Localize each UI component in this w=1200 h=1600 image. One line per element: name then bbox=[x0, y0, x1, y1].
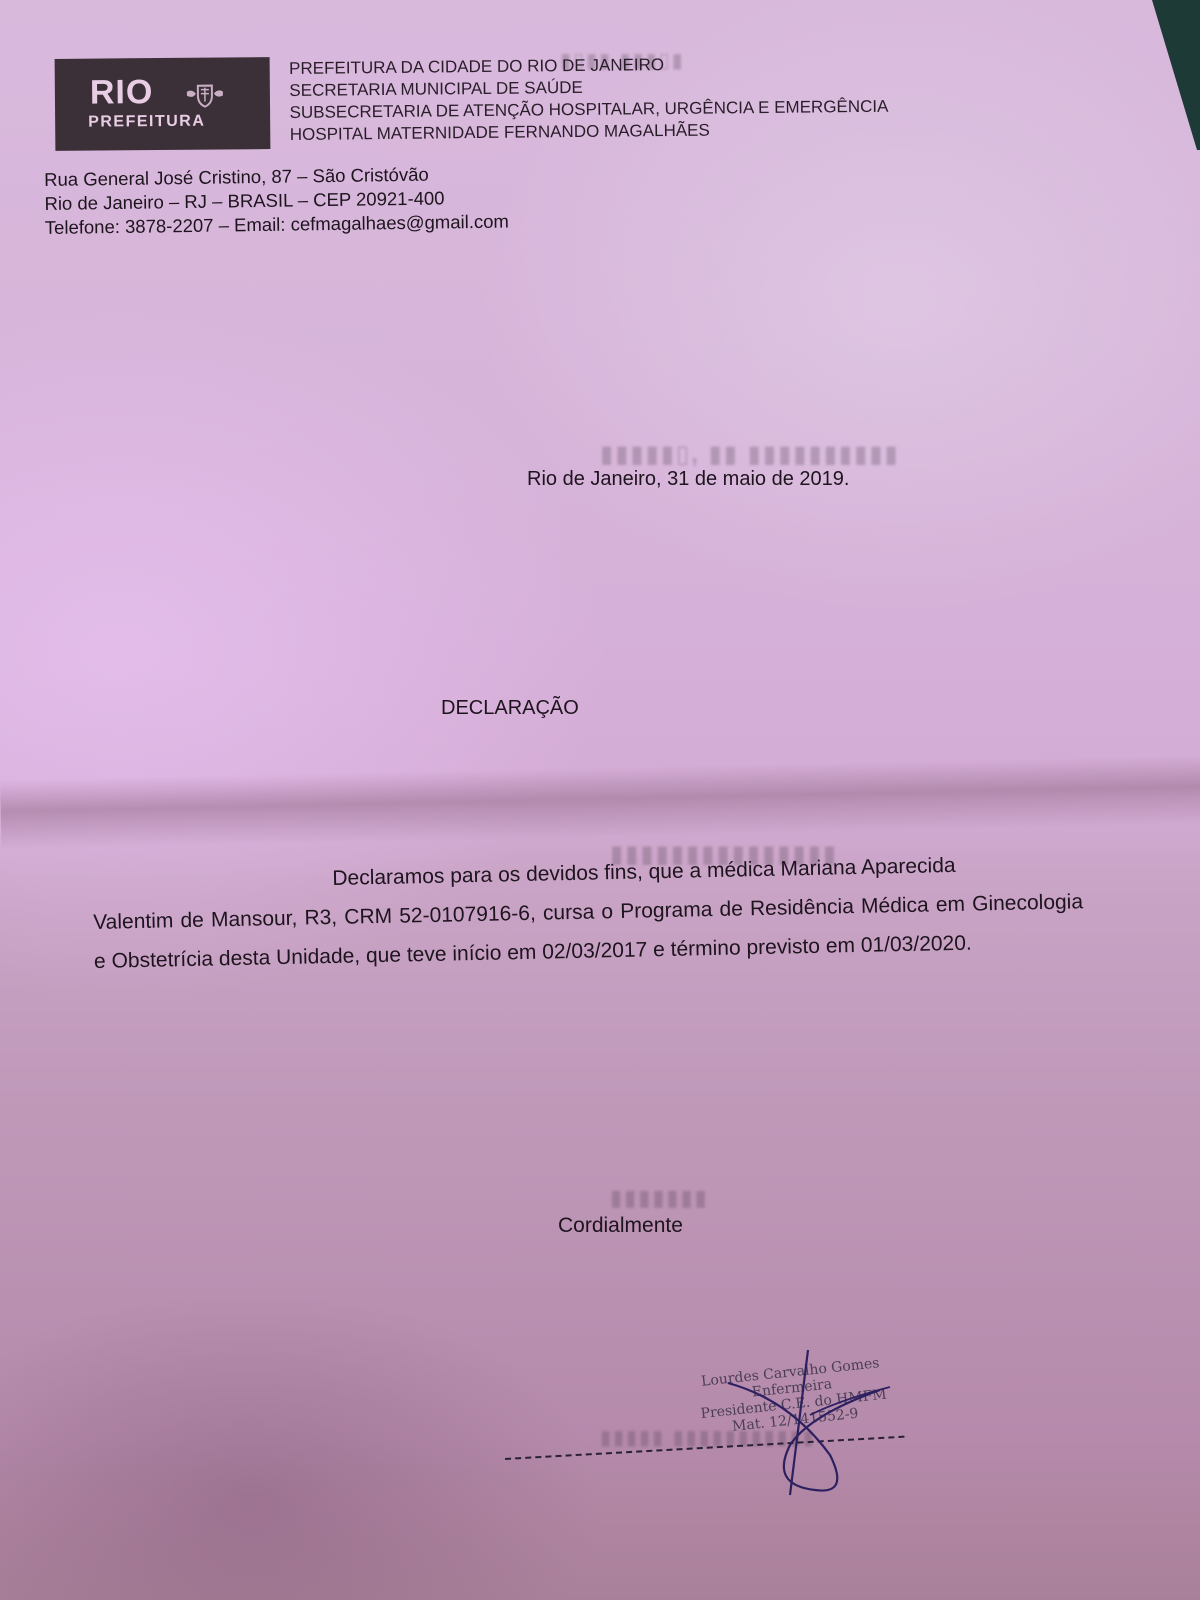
document-date: Rio de Janeiro, 31 de maio de 2019. bbox=[527, 468, 849, 491]
declaration-body: Declaramos para os devidos fins, que a m… bbox=[92, 843, 1084, 981]
document-title: DECLARAÇÃO bbox=[441, 697, 579, 720]
bleed-through-text: ▮▮▮▮▮▮▮ bbox=[610, 1185, 709, 1211]
paper-shadow bbox=[0, 1250, 700, 1600]
logo-prefeitura-text: PREFEITURA bbox=[88, 113, 205, 132]
letterhead: PREFEITURA DA CIDADE DO RIO DE JANEIRO S… bbox=[289, 52, 889, 146]
coat-of-arms-icon bbox=[185, 81, 225, 109]
address-block: Rua General José Cristino, 87 – São Cris… bbox=[44, 162, 509, 240]
handwritten-signature bbox=[700, 1345, 920, 1505]
closing-text: Cordialmente bbox=[558, 1214, 683, 1238]
bleed-through-text: ▮▮▮▮▮▯, ▮▮ ▮▮▮▮▮▮▮▮▮▮ bbox=[600, 440, 900, 469]
logo-rio-text: RIO bbox=[90, 73, 154, 113]
rio-prefeitura-logo: RIO PREFEITURA bbox=[55, 57, 271, 151]
